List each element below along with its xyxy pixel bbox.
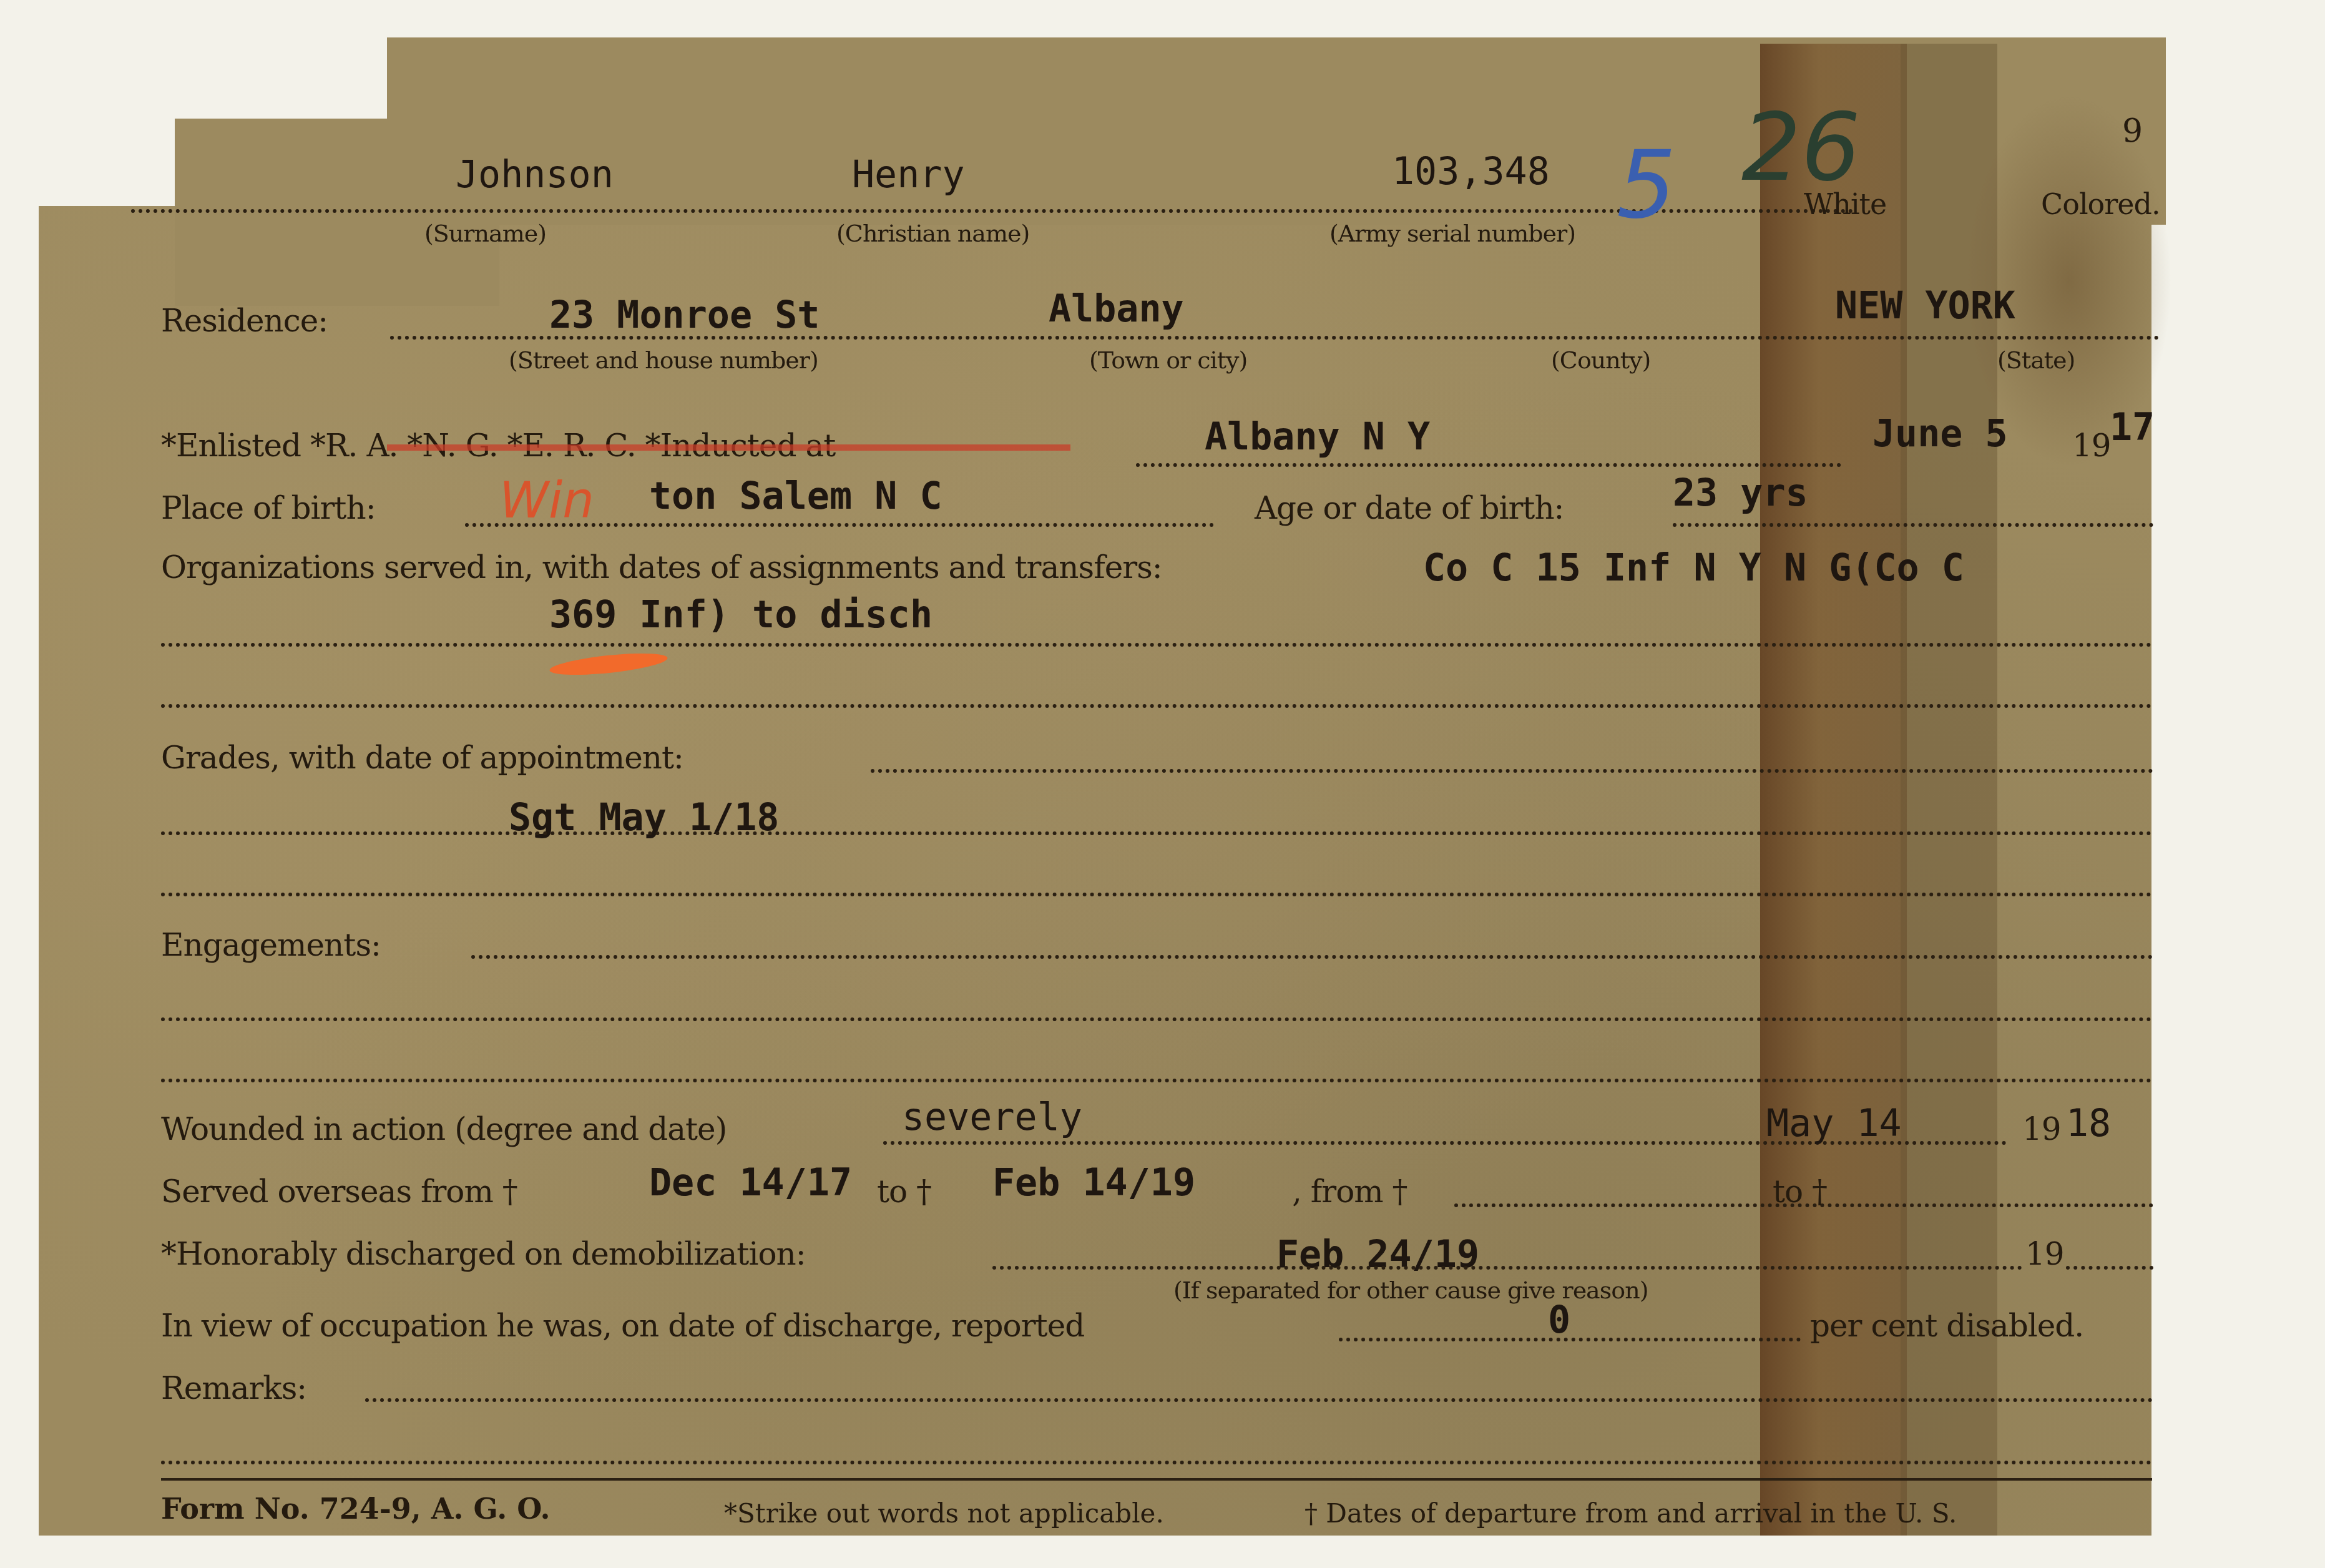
wounded-label: Wounded in action (degree and date) xyxy=(161,1111,727,1147)
birth-line xyxy=(465,523,1214,527)
discharge-note: (If separated for other cause give reaso… xyxy=(1173,1276,1648,1304)
wounded-year-suffix: 18 xyxy=(2066,1102,2111,1145)
green-handwritten-mark: 26 xyxy=(1741,94,1861,202)
remarks-line-a xyxy=(365,1398,2153,1402)
discharge-value: Feb 24/19 xyxy=(1276,1233,1479,1276)
enlistment-date-value: June 5 xyxy=(1872,412,2008,456)
organizations-line1: Co C 15 Inf N Y N G(Co C xyxy=(1423,546,1964,590)
christian-name-label: (Christian name) xyxy=(836,220,1029,247)
corner-number: 9 xyxy=(2122,112,2142,150)
form-number: Form No. 724-9, A. G. O. xyxy=(161,1492,551,1526)
grades-label: Grades, with date of appointment: xyxy=(161,740,683,776)
wounded-degree-value: severely xyxy=(902,1095,1082,1139)
overseas-to2-label: to † xyxy=(1773,1174,1827,1210)
age-line xyxy=(1673,523,2153,527)
age-label: Age or date of birth: xyxy=(1255,490,1564,526)
overseas-from-label: Served overseas from † xyxy=(161,1174,517,1210)
age-value: 23 yrs xyxy=(1673,471,1808,515)
christian-name-value: Henry xyxy=(852,153,965,197)
state-label: (State) xyxy=(1997,346,2075,374)
race-white: White xyxy=(1804,187,1886,221)
red-handwritten-win: Win xyxy=(499,471,594,529)
enlistment-year-prefix: 19 xyxy=(2072,428,2111,464)
dagger-note: † Dates of departure from and arrival in… xyxy=(1304,1498,1957,1529)
town-label: (Town or city) xyxy=(1089,346,1247,374)
disability-suffix: per cent disabled. xyxy=(1810,1308,2083,1344)
county-label: (County) xyxy=(1551,346,1650,374)
organizations-line2: 369 Inf) to disch xyxy=(549,593,932,637)
discharge-year-line xyxy=(2066,1266,2153,1270)
engagements-line-b xyxy=(161,1017,2152,1021)
overseas-from2-label: , from † xyxy=(1292,1174,1407,1210)
residence-label: Residence: xyxy=(161,303,328,339)
disability-line xyxy=(1339,1338,1801,1341)
serial-number-label: (Army serial number) xyxy=(1329,220,1575,247)
town-value: Albany xyxy=(1049,287,1184,331)
discharge-label: *Honorably discharged on demobilization: xyxy=(161,1236,806,1272)
strike-note: *Strike out words not applicable. xyxy=(724,1498,1164,1529)
overseas-to-value: Feb 14/19 xyxy=(992,1161,1195,1205)
surname-value: Johnson xyxy=(456,153,614,197)
engagements-line-c xyxy=(161,1079,2152,1082)
ra-part: *R. A. xyxy=(310,428,398,464)
grades-line-b xyxy=(161,831,2152,835)
place-of-birth-label: Place of birth: xyxy=(161,490,375,526)
footer-rule xyxy=(161,1478,2152,1481)
disability-label: In view of occupation he was, on date of… xyxy=(161,1308,1084,1344)
name-line xyxy=(131,209,1854,213)
engagements-line-a xyxy=(471,955,2153,959)
serial-number-value: 103,348 xyxy=(1392,150,1550,194)
disability-value: 0 xyxy=(1548,1298,1570,1342)
organizations-line-b xyxy=(161,704,2152,708)
grades-line-c xyxy=(161,893,2152,896)
place-of-birth-value: ton Salem N C xyxy=(649,474,942,518)
street-label: (Street and house number) xyxy=(509,346,818,374)
remarks-label: Remarks: xyxy=(161,1370,306,1406)
race-colored: Colored. xyxy=(2041,187,2160,221)
discharge-line xyxy=(992,1266,2022,1270)
grades-line-a xyxy=(871,769,2153,773)
overseas-from-value: Dec 14/17 xyxy=(649,1161,852,1205)
enlistment-place-value: Albany N Y xyxy=(1205,415,1430,459)
state-value: NEW YORK xyxy=(1835,284,2015,328)
residence-line xyxy=(390,336,2160,340)
street-value: 23 Monroe St xyxy=(549,293,820,337)
enlisted-part: *Enlisted xyxy=(161,428,301,464)
surname-label: (Surname) xyxy=(424,220,546,247)
enlistment-line xyxy=(1136,463,1841,467)
enlistment-year-suffix: 17 xyxy=(2110,406,2155,449)
blue-handwritten-mark: 5 xyxy=(1617,131,1676,240)
discharge-year-prefix: 19 xyxy=(2025,1236,2064,1272)
wounded-date-value: May 14 xyxy=(1766,1102,1902,1145)
red-strikethrough xyxy=(387,444,1070,451)
engagements-label: Engagements: xyxy=(161,927,381,963)
organizations-line-a xyxy=(161,643,2152,647)
organizations-label: Organizations served in, with dates of a… xyxy=(161,549,1162,586)
overseas-to-label: to † xyxy=(877,1174,931,1210)
remarks-line-b xyxy=(161,1461,2152,1464)
wounded-year-prefix: 19 xyxy=(2022,1111,2061,1147)
